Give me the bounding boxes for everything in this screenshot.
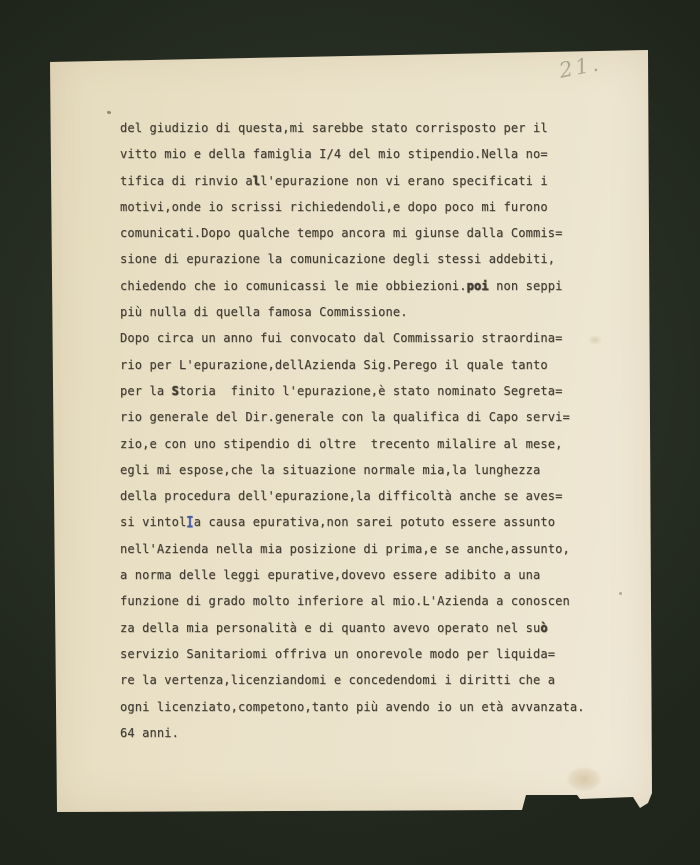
text-line: zio,e con uno stipendio di oltre trecent… [120, 431, 620, 457]
text-segment: più nulla di quella famosa Commissione. [120, 305, 408, 319]
text-line: per la Storia finito l'epurazione,è stat… [120, 378, 620, 404]
text-segment: ò [540, 621, 547, 635]
text-segment: a causa epurativa,non sarei potuto esser… [194, 515, 555, 529]
text-segment: toria finito l'epurazione,è stato nomina… [179, 384, 562, 398]
text-line: Dopo circa un anno fui convocato dal Com… [120, 325, 620, 351]
text-line: egli mi espose,che la situazione normale… [120, 457, 620, 483]
text-line: a norma delle leggi epurative,dovevo ess… [120, 562, 620, 588]
text-segment: comunicati.Dopo qualche tempo ancora mi … [120, 226, 562, 240]
pencil-page-number: 21. [557, 51, 603, 83]
text-line: funzione di grado molto inferiore al mio… [120, 588, 620, 614]
text-segment: si vintol [120, 515, 186, 529]
text-segment: sione di epurazione la comunicazione deg… [120, 252, 555, 266]
text-line: ogni licenziato,competono,tanto più aven… [120, 694, 620, 720]
text-line: tifica di rinvio all'epurazione non vi e… [120, 168, 620, 194]
text-line: comunicati.Dopo qualche tempo ancora mi … [120, 220, 620, 246]
text-segment: za della mia personalità e di quanto ave… [120, 621, 540, 635]
text-line: si vintolIa causa epurativa,non sarei po… [120, 509, 620, 535]
text-line: chiedendo che io comunicassi le mie obbi… [120, 273, 620, 299]
pen-correction-mark: I [186, 505, 193, 541]
paper-stain [567, 767, 601, 791]
text-segment: ogni licenziato,competono,tanto più aven… [120, 700, 585, 714]
text-segment: re la vertenza,licenziandomi e concedend… [120, 673, 555, 687]
text-segment: S [172, 384, 179, 398]
text-segment: a norma delle leggi epurative,dovevo ess… [120, 568, 540, 582]
text-line: più nulla di quella famosa Commissione. [120, 299, 620, 325]
text-line: sione di epurazione la comunicazione deg… [120, 246, 620, 272]
text-segment: vitto mio e della famiglia I/4 del mio s… [120, 147, 548, 161]
text-segment: poi [467, 279, 489, 293]
typewritten-text: del giudizio di questa,mi sarebbe stato … [120, 115, 620, 746]
text-line: rio generale del Dir.generale con la qua… [120, 404, 620, 430]
text-line: rio per L'epurazione,dellAzienda Sig.Per… [120, 352, 620, 378]
text-segment: per la [120, 384, 172, 398]
text-segment: Dopo circa un anno fui convocato dal Com… [120, 331, 562, 345]
text-segment: non seppi [489, 279, 563, 293]
text-segment: rio per L'epurazione,dellAzienda Sig.Per… [120, 358, 548, 372]
text-segment: rio generale del Dir.generale con la qua… [120, 410, 570, 424]
text-line: della procedura dell'epurazione,la diffi… [120, 483, 620, 509]
text-line: za della mia personalità e di quanto ave… [120, 615, 620, 641]
text-segment: egli mi espose,che la situazione normale… [120, 463, 540, 477]
text-segment: motivi,onde io scrissi richiedendoli,e d… [120, 200, 548, 214]
text-line: nell'Azienda nella mia posizione di prim… [120, 536, 620, 562]
text-segment: tifica di rinvio a [120, 174, 253, 188]
text-line: del giudizio di questa,mi sarebbe stato … [120, 115, 620, 141]
paper-speck [107, 110, 112, 114]
paper-sheet: 21. del giudizio di questa,mi sarebbe st… [45, 45, 657, 817]
text-line: re la vertenza,licenziandomi e concedend… [120, 667, 620, 693]
text-line: motivi,onde io scrissi richiedendoli,e d… [120, 194, 620, 220]
text-line: vitto mio e della famiglia I/4 del mio s… [120, 141, 620, 167]
text-segment: 64 anni. [120, 726, 179, 740]
text-line: servizio Sanitariomi offriva un onorevol… [120, 641, 620, 667]
text-segment: l'epurazione non vi erano specificati i [260, 174, 548, 188]
text-segment: funzione di grado molto inferiore al mio… [120, 594, 570, 608]
text-segment: zio,e con uno stipendio di oltre trecent… [120, 437, 562, 451]
text-segment: servizio Sanitariomi offriva un onorevol… [120, 647, 555, 661]
text-line: 64 anni. [120, 720, 620, 746]
text-segment: nell'Azienda nella mia posizione di prim… [120, 542, 570, 556]
text-segment: chiedendo che io comunicassi le mie obbi… [120, 279, 467, 293]
text-segment: del giudizio di questa,mi sarebbe stato … [120, 121, 548, 135]
photo-backdrop: 21. del giudizio di questa,mi sarebbe st… [0, 0, 700, 865]
text-segment: della procedura dell'epurazione,la diffi… [120, 489, 562, 503]
